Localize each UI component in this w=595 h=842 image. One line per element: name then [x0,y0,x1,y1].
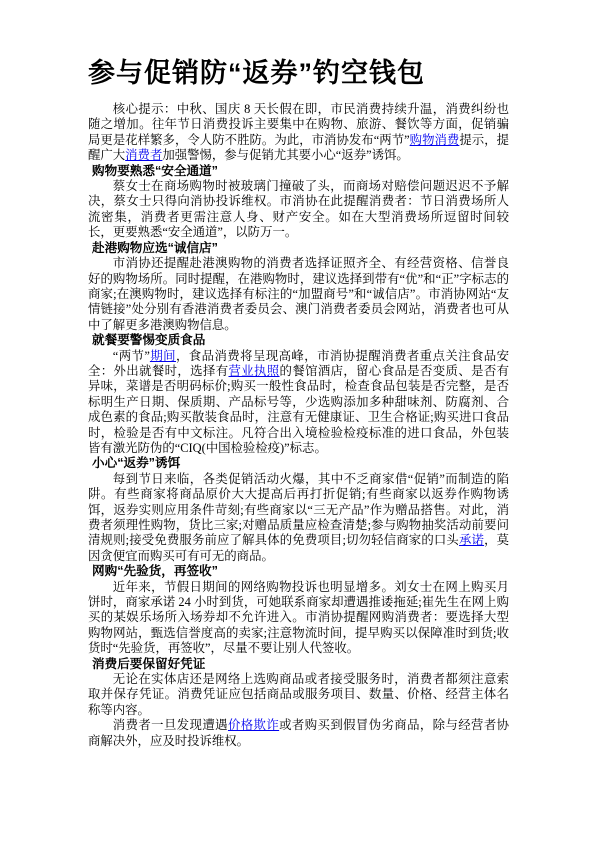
paragraph: “两节”期间，食品消费将呈现高峰，市消协提醒消费者重点关注食品安全：外出就餐时，… [88,349,509,457]
paragraph: 蔡女士在商场购物时被玻璃门撞破了头，而商场对赔偿问题迟迟不予解决，蔡女士只得向消… [88,179,509,241]
text-run: 消费后要保留好凭证 [92,657,205,671]
text-run: 网购“先验货，再签收” [92,564,218,578]
text-run: 近年来，节假日期间的网络购物投诉也明显增多。刘女士在网上购买月饼时，商家承诺 2… [88,580,509,656]
inline-link[interactable]: 期间 [150,349,176,363]
document-title: 参与促销防“返券”钓空钱包 [88,58,509,89]
text-run: 小心“返券”诱饵 [92,456,180,470]
text-run: 购物要熟悉“安全通道” [92,164,218,178]
section-heading: 网购“先验货，再签收” [88,564,509,579]
document-body: 核心提示：中秋、国庆 8 天长假在即，市民消费持续升温，消费纠纷也随之增加。往年… [88,102,509,749]
inline-link[interactable]: 消费者 [125,148,162,162]
inline-link[interactable]: 营业执照 [228,364,279,378]
text-run: 赴港购物应选“诚信店” [92,241,218,255]
inline-link[interactable]: 承诺 [459,533,484,547]
inline-link[interactable]: 购物消费 [410,133,460,147]
paragraph: 消费者一旦发现遭遇价格欺诈或者购买到假冒伪劣商品，除与经营者协商解决外，应及时投… [88,718,509,749]
text-run: 每到节日来临，各类促销活动火爆，其中不乏商家借“促销”而制造的陷阱。有些商家将商… [88,472,509,548]
text-run: 就餐要警惕变质食品 [92,333,205,347]
text-run: 消费者一旦发现遭遇 [113,718,228,732]
text-run: “两节” [113,349,150,363]
section-heading: 消费后要保留好凭证 [88,657,509,672]
text-run: 无论在实体店还是网络上选购商品或者接受服务时，消费者都须注意索取并保存凭证。消费… [88,672,509,717]
text-run: 市消协还提醒赴港澳购物的消费者选择证照齐全、有经营资格、信誉良好的购物场所。同时… [88,256,509,332]
section-heading: 购物要熟悉“安全通道” [88,164,509,179]
text-run: 蔡女士在商场购物时被玻璃门撞破了头，而商场对赔偿问题迟迟不予解决，蔡女士只得向消… [88,179,509,239]
section-heading: 就餐要警惕变质食品 [88,333,509,348]
section-heading: 赴港购物应选“诚信店” [88,241,509,256]
document-page: 参与促销防“返券”钓空钱包 核心提示：中秋、国庆 8 天长假在即，市民消费持续升… [0,0,595,842]
inline-link[interactable]: 价格欺诈 [228,718,279,732]
paragraph: 市消协还提醒赴港澳购物的消费者选择证照齐全、有经营资格、信誉良好的购物场所。同时… [88,256,509,333]
paragraph: 无论在实体店还是网络上选购商品或者接受服务时，消费者都须注意索取并保存凭证。消费… [88,672,509,718]
paragraph: 核心提示：中秋、国庆 8 天长假在即，市民消费持续升温，消费纠纷也随之增加。往年… [88,102,509,164]
paragraph: 近年来，节假日期间的网络购物投诉也明显增多。刘女士在网上购买月饼时，商家承诺 2… [88,580,509,657]
text-run: 加强警惕，参与促销尤其要小心“返券”诱饵。 [162,148,408,162]
paragraph: 每到节日来临，各类促销活动火爆，其中不乏商家借“促销”而制造的陷阱。有些商家将商… [88,472,509,564]
section-heading: 小心“返券”诱饵 [88,456,509,471]
